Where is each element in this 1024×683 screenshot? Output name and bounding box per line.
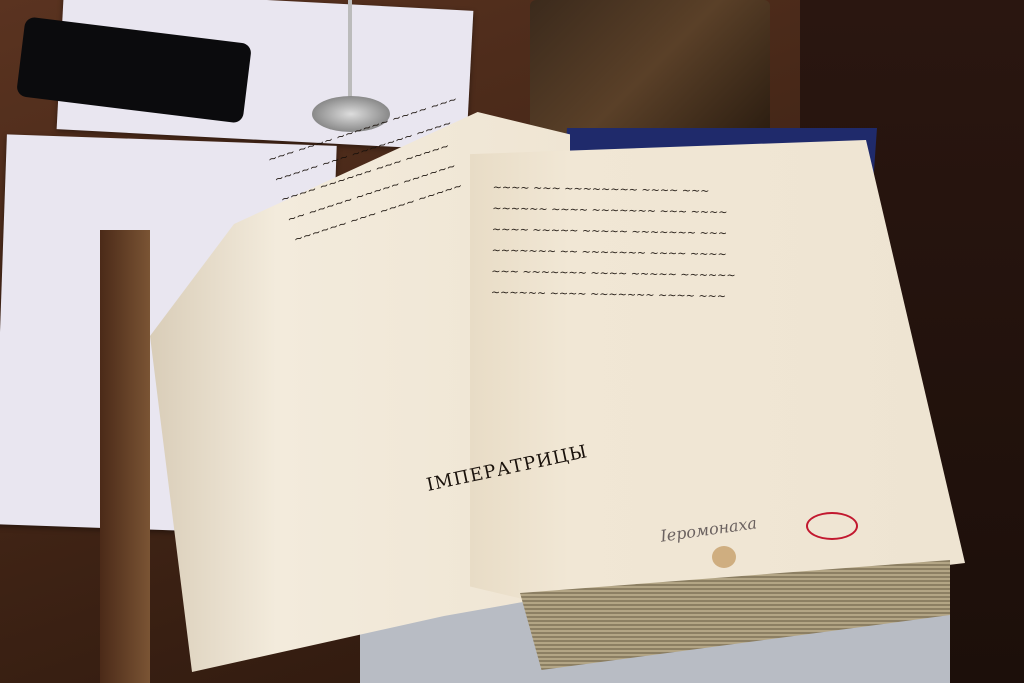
library-stamp <box>806 512 858 540</box>
lamp-stem <box>348 0 352 100</box>
book-spine <box>100 230 150 683</box>
right-page-text: ~~~~ ~~~ ~~~~~~~~ ~~~~ ~~~ ~~~~~~ ~~~~ ~… <box>487 177 873 514</box>
stacked-old-books <box>530 0 770 140</box>
wax-stain <box>712 546 736 568</box>
